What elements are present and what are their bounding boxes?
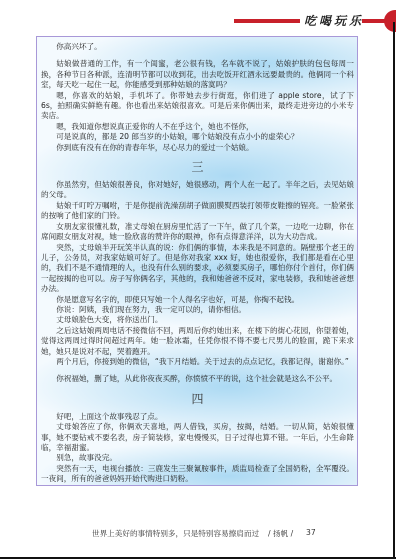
paragraph: 嗯，你喜欢的姑娘，手机坏了。你带她去步行街逛，你们进了 apple store，… xyxy=(41,91,354,122)
paragraph: 别急，故事没完。 xyxy=(41,453,354,463)
paragraph: 丈母娘答应了你，你俩欢天喜地，两人借钱，买房，按揭，结婚。一切从简，姑娘很懂事，… xyxy=(41,422,354,453)
page-edge-bottom xyxy=(0,557,396,559)
paragraph: 你是愿意写名字的，即使只写她一个人得名字也好，可是，你掏不起钱。 xyxy=(41,295,354,305)
paragraph: 老婆跟你商量，再穷不能穷孩子，咱俩省吃俭用，孩子一定要吃好。 xyxy=(41,485,354,486)
page-number: 37 xyxy=(306,528,316,537)
column-title: 吃喝玩乐 xyxy=(304,12,364,29)
paragraph: 两个月后，你接到她的微信，“我下月结婚。关于过去的点点记忆，我都记得，谢谢你。” xyxy=(41,357,354,367)
paragraph: 你祝福她，删了她，从此你夜夜买醉，你愤愤不平的说，这个社会就是这么不公平。 xyxy=(41,374,354,384)
column-header: 吃喝玩乐 xyxy=(234,10,396,30)
paragraph: 丈母娘脸色大变，将你送出门。 xyxy=(41,315,354,325)
paragraph: 你到底有没有在你的青春年华，尽心尽力的爱过一个姑娘。 xyxy=(41,143,354,153)
section-heading-4: 四 xyxy=(41,391,354,407)
paragraph: 好吧，上面这个故事残忍了点。 xyxy=(41,412,354,422)
paragraph: 之后这姑娘两周电话不接微信不回，两周后你约她出来，在楼下的街心花园，你望着她，觉… xyxy=(41,326,354,357)
paragraph: 突然，丈母娘半开玩笑半认真的说：你们俩的事情，本来我是不同意的。隔壁那个老王的儿… xyxy=(41,243,354,295)
paragraph: 姑娘做普通的工作，有一个闺蜜，老公很有钱，名车就不说了，姑娘护肤的包包每周一换，… xyxy=(41,59,354,90)
header-rule-right xyxy=(362,19,386,23)
page-footer: 世界上美好的事情特别多，只是特别容易擦肩而过 / 扬帆 / 37 xyxy=(0,528,396,540)
paragraph: 可是说真的，都是 20 郎当岁的小姑娘，哪个姑娘没有点小小的虚荣心？ xyxy=(41,132,354,142)
paragraph: 嗯，我知道你想说真正爱你的人不在乎这个，她也不怪你， xyxy=(41,122,354,132)
paragraph: 姑娘千叮咛万嘱咐，于是你提前洗澡刮胡子做面膜熨西装打领带皮鞋擦的锃亮。一脸紧张的… xyxy=(41,201,354,222)
paragraph: 你说：阿姨，我们现在努力，我一定可以的，请你相信。 xyxy=(41,305,354,315)
header-rule-left xyxy=(234,19,300,23)
article-body: 你高兴坏了。 姑娘做普通的工作，有一个闺蜜，老公很有钱，名车就不说了，姑娘护肤的… xyxy=(36,36,358,486)
section-heading-3: 三 xyxy=(41,159,354,175)
paragraph: 你虽然穷，但姑娘很善良，你对她好，她很感动，两个人在一起了。半年之后，去见姑娘的… xyxy=(41,180,354,201)
paragraph-intro: 你高兴坏了。 xyxy=(41,42,354,52)
footer-column-name: / 扬帆 / xyxy=(268,528,293,539)
footer-tagline: 世界上美好的事情特别多，只是特别容易擦肩而过 xyxy=(92,528,259,539)
paragraph: 突然有一天，电视台播放：三鹿发生三聚氰胺事件，质监局检查了全国奶粉，全军覆没。一… xyxy=(41,464,354,485)
page-edge-right xyxy=(393,22,395,558)
paragraph: 女朋友家很懂礼数，准丈母娘在厨房里忙活了一下午，做了几个菜，一边吃一边聊，你在席… xyxy=(41,222,354,243)
